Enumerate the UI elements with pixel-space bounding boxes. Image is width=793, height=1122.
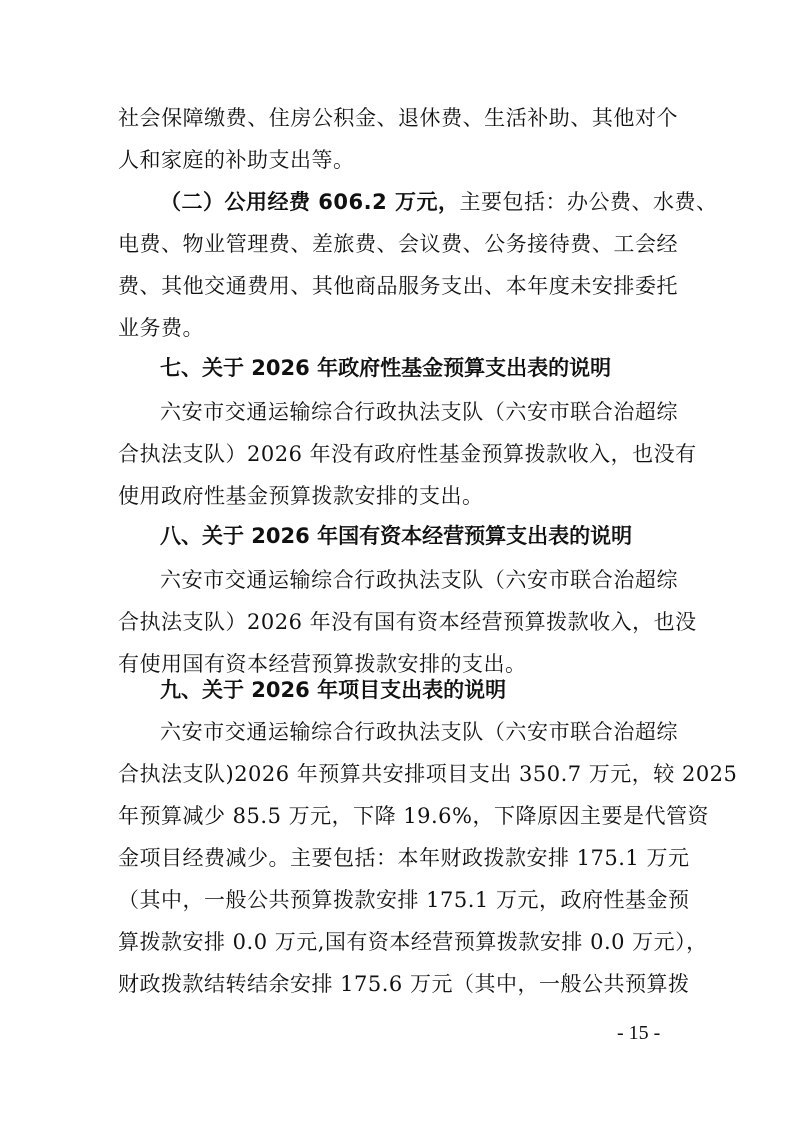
paragraph-line: 合执法支队)2026 年预算共安排项目支出 350.7 万元，较 2025 (118, 760, 678, 788)
paragraph-line: 年预算减少 85.5 万元，下降 19.6%，下降原因主要是代管资 (118, 802, 678, 830)
paragraph-line: 六安市交通运输综合行政执法支队（六安市联合治超综 (160, 718, 678, 746)
subsection-2-first-line: （二）公用经费 606.2 万元，主要包括：办公费、水费、 (160, 188, 678, 216)
page-number: - 15 - (617, 1021, 660, 1045)
paragraph-line: 财政拨款结转结余安排 175.6 万元（其中，一般公共预算拨 (118, 970, 678, 998)
section-8-heading: 八、关于 2026 年国有资本经营预算支出表的说明 (160, 522, 632, 550)
paragraph-line: 人和家庭的补助支出等。 (118, 146, 678, 174)
subsection-2-title: （二）公用经费 606.2 万元， (160, 190, 460, 214)
document-page: 社会保障缴费、住房公积金、退休费、生活补助、其他对个 人和家庭的补助支出等。 （… (0, 0, 793, 1122)
section-9-heading: 九、关于 2026 年项目支出表的说明 (160, 676, 506, 704)
paragraph-line: 六安市交通运输综合行政执法支队（六安市联合治超综 (160, 398, 678, 426)
paragraph-line: 使用政府性基金预算拨款安排的支出。 (118, 482, 678, 510)
paragraph-line: 合执法支队）2026 年没有国有资本经营预算拨款收入，也没 (118, 608, 678, 636)
paragraph-line: 电费、物业管理费、差旅费、会议费、公务接待费、工会经 (118, 230, 678, 258)
paragraph-line: 合执法支队）2026 年没有政府性基金预算拨款收入，也没有 (118, 440, 678, 468)
paragraph-line: 金项目经费减少。主要包括：本年财政拨款安排 175.1 万元 (118, 844, 678, 872)
paragraph-line: 业务费。 (118, 314, 678, 342)
paragraph-text: 主要包括：办公费、水费、 (460, 190, 718, 214)
paragraph-line: （其中，一般公共预算拨款安排 175.1 万元，政府性基金预 (118, 886, 678, 914)
paragraph-line: 六安市交通运输综合行政执法支队（六安市联合治超综 (160, 566, 678, 594)
paragraph-line: 社会保障缴费、住房公积金、退休费、生活补助、其他对个 (118, 104, 678, 132)
paragraph-line: 算拨款安排 0.0 万元,国有资本经营预算拨款安排 0.0 万元）， (118, 928, 678, 956)
paragraph-line: 费、其他交通费用、其他商品服务支出、本年度未安排委托 (118, 272, 678, 300)
section-7-heading: 七、关于 2026 年政府性基金预算支出表的说明 (160, 354, 611, 382)
paragraph-line: 有使用国有资本经营预算拨款安排的支出。 (118, 650, 678, 678)
